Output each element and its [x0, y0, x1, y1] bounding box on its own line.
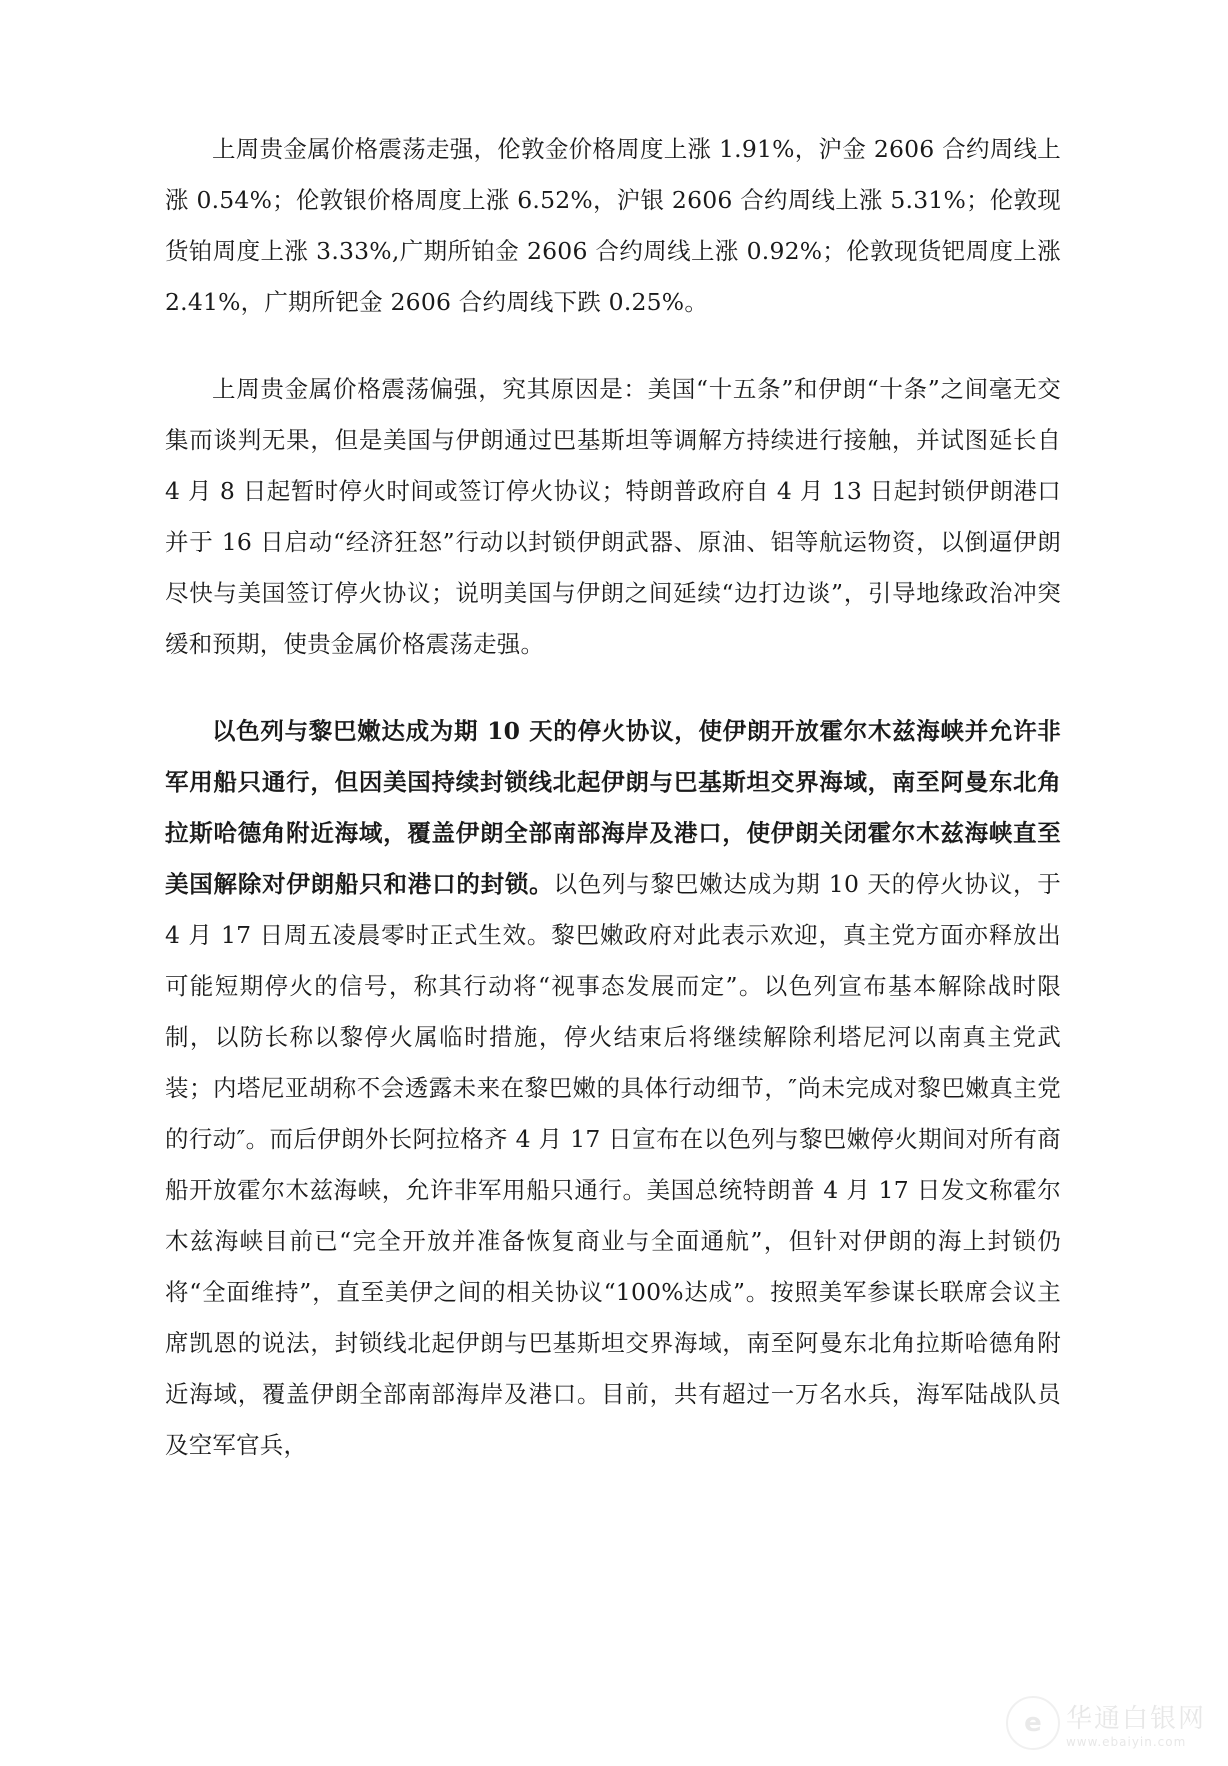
watermark-name: 华通白银网 [1066, 1698, 1206, 1735]
paragraph-cause-analysis: 上周贵金属价格震荡偏强，究其原因是：美国“十五条”和伊朗“十条”之间毫无交集而谈… [165, 364, 1061, 670]
document-page: 上周贵金属价格震荡走强，伦敦金价格周度上涨 1.91%，沪金 2606 合约周线… [165, 124, 1061, 1471]
watermark-logo-icon: e [1006, 1696, 1060, 1750]
watermark-url: www.ebaiyin.com [1066, 1735, 1206, 1749]
paragraph-ceasefire-body: 以色列与黎巴嫩达成为期 10 天的停火协议，于 4 月 17 日周五凌晨零时正式… [165, 870, 1061, 1459]
paragraph-ceasefire: 以色列与黎巴嫩达成为期 10 天的停火协议，使伊朗开放霍尔木兹海峡并允许非军用船… [165, 706, 1061, 1471]
watermark-text: 华通白银网 www.ebaiyin.com [1066, 1698, 1206, 1749]
paragraph-price-summary: 上周贵金属价格震荡走强，伦敦金价格周度上涨 1.91%，沪金 2606 合约周线… [165, 124, 1061, 328]
watermark: e 华通白银网 www.ebaiyin.com [1006, 1696, 1206, 1750]
